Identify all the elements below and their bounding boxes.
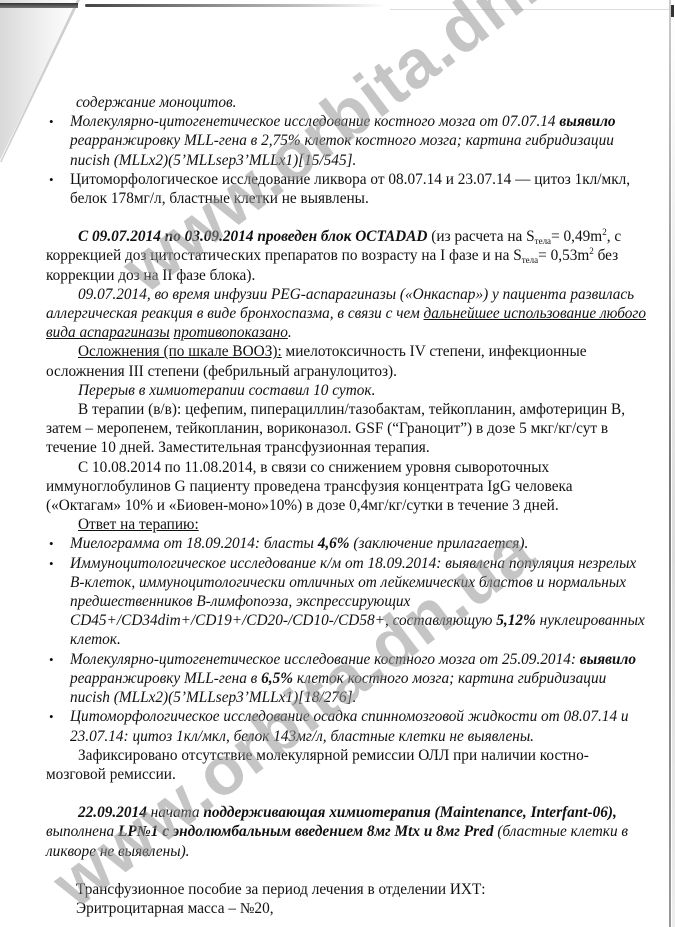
continuation-text: содержание моноцитов. bbox=[46, 93, 646, 112]
list-item: Цитоморфологическое исследование осадка … bbox=[46, 707, 646, 745]
list-item: Молекулярно-цитогенетическое исследовани… bbox=[46, 650, 646, 708]
scan-right-edge bbox=[669, 0, 671, 927]
underlined-text: противопоказано bbox=[174, 324, 288, 341]
emphasis: 4,6% bbox=[318, 535, 350, 552]
response-label: Ответ на терапию: bbox=[46, 515, 646, 534]
text: реарранжировку MLL-гена в bbox=[70, 670, 261, 687]
list-item: Иммуноцитологическое исследование к/м от… bbox=[46, 554, 646, 650]
allergy-paragraph: 09.07.2014, во время инфузии PEG-аспараг… bbox=[46, 285, 646, 343]
initial-findings-list: Молекулярно-цитогенетическое исследовани… bbox=[46, 112, 646, 208]
scan-top-line bbox=[85, 4, 385, 7]
scan-top-line bbox=[390, 9, 670, 10]
document-body: содержание моноцитов. Молекулярно-цитоге… bbox=[46, 93, 646, 918]
emphasis: 6,5% bbox=[261, 670, 293, 687]
emphasis: поддерживающая химиотерапия (Maintenance… bbox=[203, 804, 617, 821]
response-list: Миелограмма от 18.09.2014: бласты 4,6% (… bbox=[46, 534, 646, 745]
octadad-lead: С 09.07.2014 по 03.09.2014 проведен блок… bbox=[78, 228, 427, 245]
therapy-paragraph: В терапии (в/в): цефепим, пиперациллин/т… bbox=[46, 400, 646, 458]
complications-label: Осложнения (по шкале ВООЗ): bbox=[78, 343, 282, 360]
emphasis: LP№1 с эндолюмбальным введением 8мг Mtx … bbox=[118, 823, 493, 840]
text: выполнена bbox=[46, 823, 118, 840]
transfusion-title: Трансфузионное пособие за период лечения… bbox=[46, 880, 646, 899]
transfusion-item: Эритроцитарная масса – №20, bbox=[46, 899, 646, 918]
text: (из расчета на S bbox=[427, 228, 534, 245]
scan-top-bar bbox=[0, 3, 78, 8]
subscript: тела bbox=[535, 236, 551, 246]
break-paragraph: Перерыв в химиотерапии составил 10 суток… bbox=[46, 381, 646, 400]
date: 22.09.2014 bbox=[78, 804, 147, 821]
text: Миелограмма от 18.09.2014: бласты bbox=[70, 535, 318, 552]
emphasis: выявило bbox=[580, 651, 636, 668]
response-heading: Ответ на терапию: bbox=[78, 516, 199, 533]
emphasis: 5,12% bbox=[496, 612, 536, 629]
scan-corner-mark bbox=[671, 5, 674, 17]
list-item: Цитоморфологическое исследование ликвора… bbox=[46, 170, 646, 208]
finding-text: Молекулярно-цитогенетическое исследовани… bbox=[70, 113, 559, 130]
complications-paragraph: Осложнения (по шкале ВООЗ): миелотоксичн… bbox=[46, 342, 646, 380]
text: Молекулярно-цитогенетическое исследовани… bbox=[70, 651, 580, 668]
text: Цитоморфологическое исследование осадка … bbox=[70, 708, 629, 744]
list-item: Миелограмма от 18.09.2014: бласты 4,6% (… bbox=[46, 534, 646, 553]
text: . bbox=[288, 324, 292, 341]
finding-text: Цитоморфологическое исследование ликвора… bbox=[70, 171, 630, 207]
text: = 0,53m bbox=[538, 247, 589, 264]
maintenance-paragraph: 22.09.2014 начата поддерживающая химиоте… bbox=[46, 803, 646, 861]
subscript: тела bbox=[522, 255, 538, 265]
text: = 0,49m bbox=[551, 228, 602, 245]
finding-emphasis: выявило bbox=[559, 113, 615, 130]
octadad-paragraph: С 09.07.2014 по 03.09.2014 проведен блок… bbox=[46, 227, 646, 285]
text: начата bbox=[147, 804, 204, 821]
finding-text: реарранжировку MLL-гена в 2,75% клеток к… bbox=[70, 132, 614, 168]
text: (заключение прилагается). bbox=[350, 535, 529, 552]
list-item: Молекулярно-цитогенетическое исследовани… bbox=[46, 112, 646, 170]
igg-paragraph: С 10.08.2014 по 11.08.2014, в связи со с… bbox=[46, 458, 646, 516]
remission-paragraph: Зафиксировано отсутствие молекулярной ре… bbox=[46, 746, 646, 784]
